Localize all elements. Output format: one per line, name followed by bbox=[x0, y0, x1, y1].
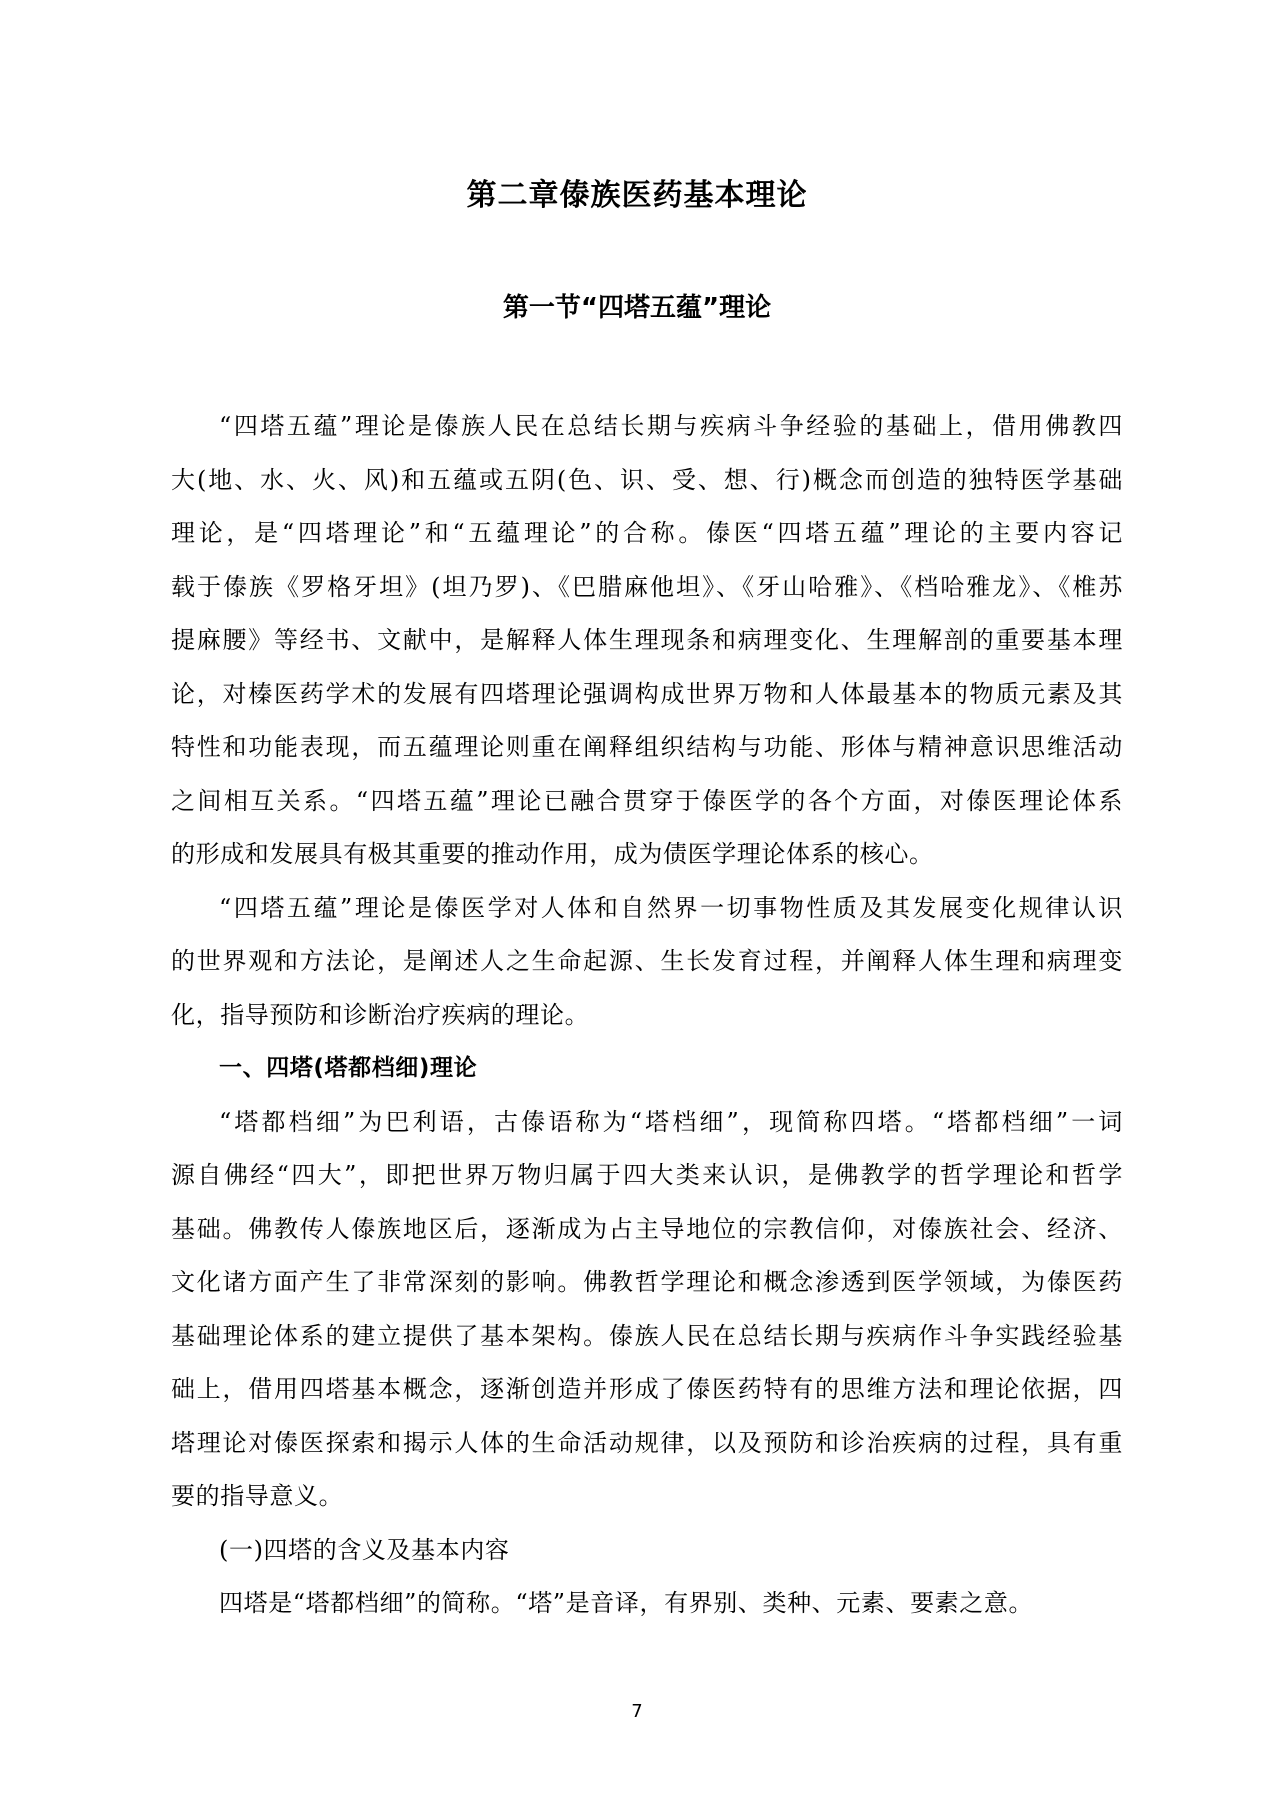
document-body: “四塔五蕴”理论是傣族人民在总结长期与疾病斗争经验的基础上，借用佛教四 大(地、… bbox=[171, 406, 1123, 1637]
sub-subsection-heading: (一)四塔的含义及基本内容 bbox=[171, 1530, 1123, 1584]
text-line: 要的指导意义。 bbox=[171, 1476, 1123, 1530]
text-line: 大(地、水、火、风)和五蕴或五阴(色、识、受、想、行)概念而创造的独特医学基础 bbox=[171, 460, 1123, 514]
text-line: 特性和功能表现，而五蕴理论则重在阐释组织结构与功能、形体与精神意识思维活动 bbox=[171, 727, 1123, 781]
text-line: 化，指导预防和诊断治疗疾病的理论。 bbox=[171, 995, 1123, 1049]
subsection-heading: 一、四塔(塔都档细)理论 bbox=[171, 1048, 1123, 1102]
text-line: 础上，借用四塔基本概念，逐渐创造并形成了傣医药特有的思维方法和理论依据，四 bbox=[171, 1369, 1123, 1423]
text-line: “四塔五蕴”理论是傣族人民在总结长期与疾病斗争经验的基础上，借用佛教四 bbox=[171, 406, 1123, 460]
text-line: 的形成和发展具有极其重要的推动作用，成为债医学理论体系的核心。 bbox=[171, 834, 1123, 888]
text-line: 载于傣族《罗格牙坦》(坦乃罗)、《巴腊麻他坦》、《牙山哈雅》、《档哈雅龙》、《椎… bbox=[171, 567, 1123, 621]
paragraph-2: “四塔五蕴”理论是傣医学对人体和自然界一切事物性质及其发展变化规律认识 的世界观… bbox=[171, 888, 1123, 1049]
paragraph-4: 四塔是“塔都档细”的简称。“塔”是音译，有界别、类种、元素、要素之意。 bbox=[171, 1583, 1123, 1637]
paragraph-1: “四塔五蕴”理论是傣族人民在总结长期与疾病斗争经验的基础上，借用佛教四 大(地、… bbox=[171, 406, 1123, 888]
text-line: 之间相互关系。“四塔五蕴”理论已融合贯穿于傣医学的各个方面，对傣医理论体系 bbox=[171, 781, 1123, 835]
text-line: 基础理论体系的建立提供了基本架构。傣族人民在总结长期与疾病作斗争实践经验基 bbox=[171, 1316, 1123, 1370]
text-line: 四塔是“塔都档细”的简称。“塔”是音译，有界别、类种、元素、要素之意。 bbox=[171, 1583, 1123, 1637]
chapter-title: 第二章傣族医药基本理论 bbox=[0, 176, 1274, 216]
paragraph-3: “塔都档细”为巴利语，古傣语称为“塔档细”，现简称四塔。“塔都档细”一词 源自佛… bbox=[171, 1102, 1123, 1530]
text-line: 塔理论对傣医探索和揭示人体的生命活动规律，以及预防和诊治疾病的过程，具有重 bbox=[171, 1423, 1123, 1477]
text-line: “四塔五蕴”理论是傣医学对人体和自然界一切事物性质及其发展变化规律认识 bbox=[171, 888, 1123, 942]
text-line: “塔都档细”为巴利语，古傣语称为“塔档细”，现简称四塔。“塔都档细”一词 bbox=[171, 1102, 1123, 1156]
text-line: 文化诸方面产生了非常深刻的影响。佛教哲学理论和概念渗透到医学领域，为傣医药 bbox=[171, 1262, 1123, 1316]
page-number: 7 bbox=[0, 1700, 1274, 1724]
text-line: 的世界观和方法论，是阐述人之生命起源、生长发育过程，并阐释人体生理和病理变 bbox=[171, 941, 1123, 995]
document-page: 第二章傣族医药基本理论 第一节“四塔五蕴”理论 “四塔五蕴”理论是傣族人民在总结… bbox=[0, 0, 1274, 1801]
text-line: 源自佛经“四大”，即把世界万物归属于四大类来认识，是佛教学的哲学理论和哲学 bbox=[171, 1155, 1123, 1209]
text-line: 提麻腰》等经书、文献中，是解释人体生理现条和病理变化、生理解剖的重要基本理 bbox=[171, 620, 1123, 674]
section-title: 第一节“四塔五蕴”理论 bbox=[0, 290, 1274, 326]
text-line: 论，对榛医药学术的发展有四塔理论强调构成世界万物和人体最基本的物质元素及其 bbox=[171, 674, 1123, 728]
text-line: 基础。佛教传人傣族地区后，逐渐成为占主导地位的宗教信仰，对傣族社会、经济、 bbox=[171, 1209, 1123, 1263]
text-line: 理论，是“四塔理论”和“五蕴理论”的合称。傣医“四塔五蕴”理论的主要内容记 bbox=[171, 513, 1123, 567]
